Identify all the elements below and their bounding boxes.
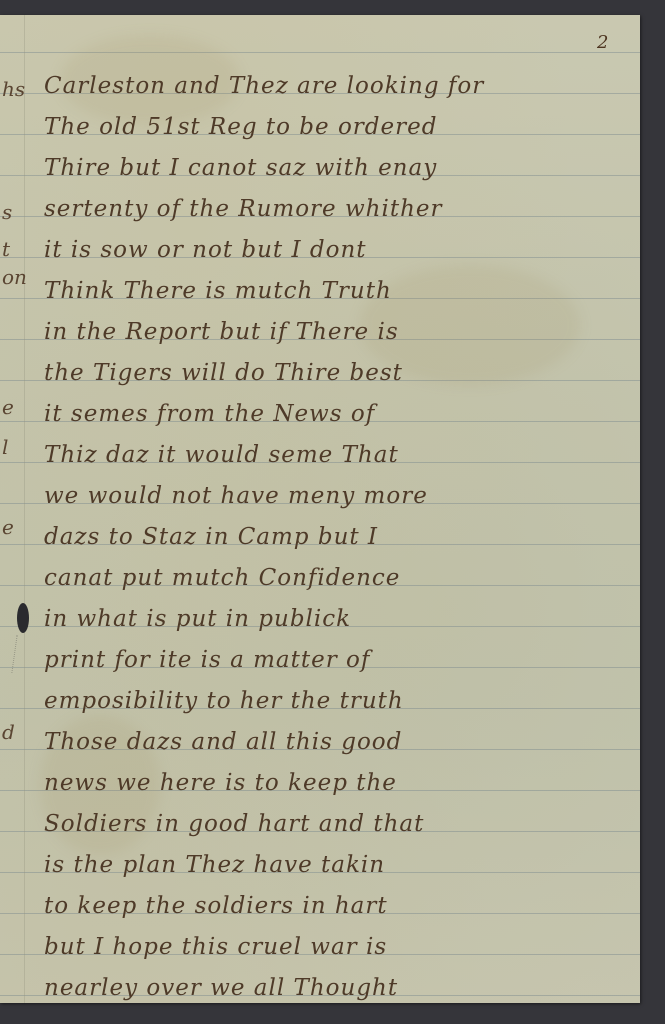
handwritten-line: we would not have meny more	[44, 483, 428, 509]
margin-fragment: e	[2, 395, 14, 419]
handwritten-line: canat put mutch Confidence	[44, 565, 400, 591]
handwritten-line: the Tigers will do Thire best	[44, 360, 403, 386]
handwritten-line: The old 51st Reg to be ordered	[44, 114, 437, 140]
handwritten-line: Thire but I canot saz with enay	[44, 155, 437, 181]
handwritten-line: it semes from the News of	[44, 401, 375, 427]
handwritten-line: Think There is mutch Truth	[44, 278, 392, 304]
letter-page: 2 Carleston and Thez are looking for The…	[0, 15, 640, 1003]
margin-fragment: on	[2, 265, 27, 289]
margin-fragment: s	[2, 200, 12, 224]
handwritten-line: Thiz daz it would seme That	[44, 442, 399, 468]
margin-fragment: l	[2, 435, 8, 459]
handwritten-line: Soldiers in good hart and that	[44, 811, 424, 837]
handwritten-line: news we here is to keep the	[44, 770, 397, 796]
binding-hole	[17, 603, 29, 633]
margin-fragment: t	[2, 237, 10, 261]
document-viewer: 2 Carleston and Thez are looking for The…	[0, 0, 665, 1024]
margin-fragment: e	[2, 515, 14, 539]
handwritten-line: print for ite is a matter of	[44, 647, 370, 673]
handwritten-line: is the plan Thez have takin	[44, 852, 385, 878]
handwritten-line: Those dazs and all this good	[44, 729, 402, 755]
handwritten-line: in what is put in publick	[44, 606, 351, 632]
handwritten-line: dazs to Staz in Camp but I	[44, 524, 378, 550]
margin-fragment: d	[2, 720, 15, 744]
handwritten-line: it is sow or not but I dont	[44, 237, 367, 263]
handwritten-line: sertenty of the Rumore whither	[44, 196, 443, 222]
handwritten-line: Carleston and Thez are looking for	[44, 73, 484, 99]
handwritten-line: in the Report but if There is	[44, 319, 399, 345]
handwritten-line: to keep the soldiers in hart	[44, 893, 388, 919]
handwritten-line: but I hope this cruel war is	[44, 934, 387, 960]
page-number: 2	[597, 32, 608, 53]
margin-fragment: hs	[2, 77, 25, 101]
handwritten-line: emposibility to her the truth	[44, 688, 404, 714]
handwritten-line: nearley over we all Thought	[44, 975, 398, 1001]
paper-fold	[24, 15, 25, 1003]
